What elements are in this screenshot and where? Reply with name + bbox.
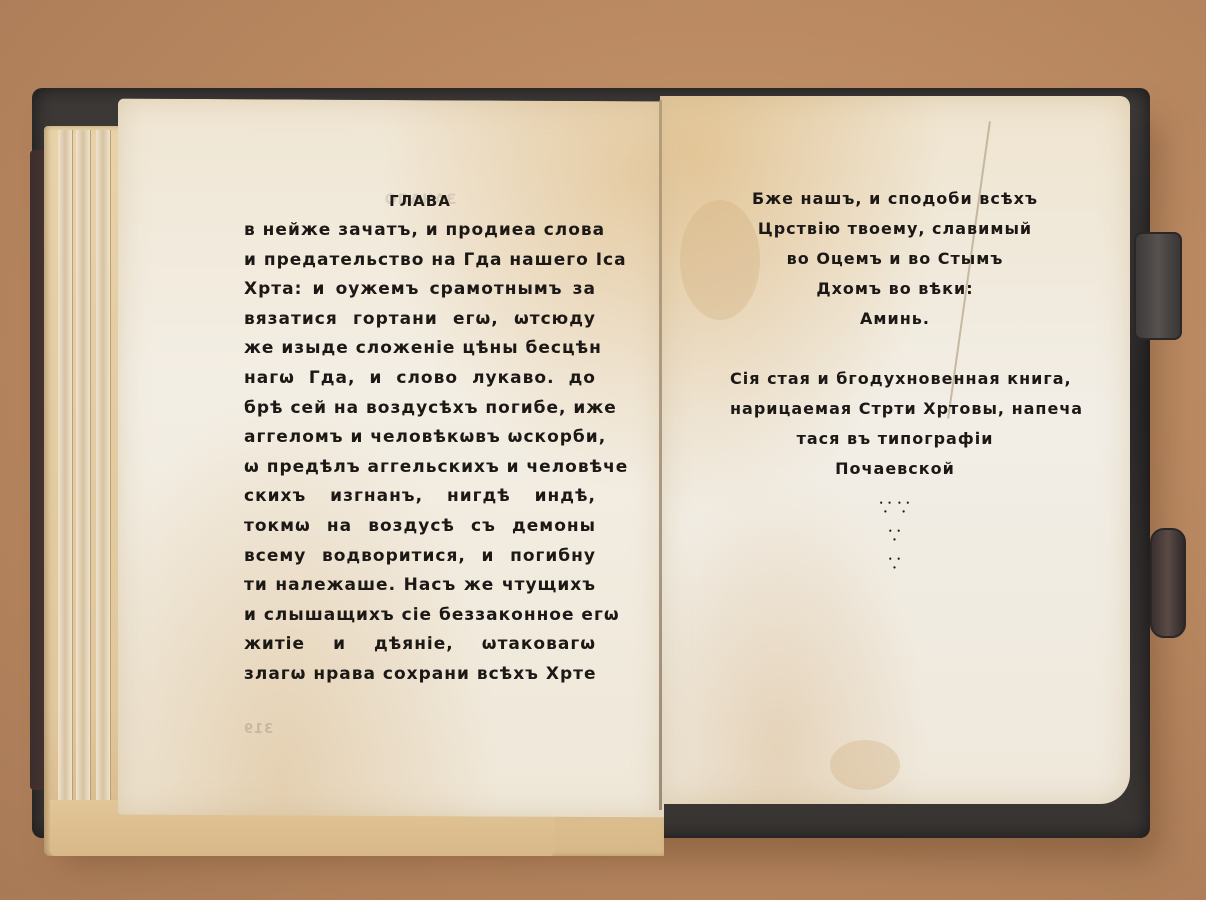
bleedthrough-heading: ЗАЧАЛО [320,192,520,208]
colophon: Сія стая и бгодухновенная книга, нарицае… [730,364,1060,484]
water-stain [830,740,900,790]
page-edge [76,130,91,810]
colophon-line: Почаевской [730,454,1060,484]
colophon-line: Сія стая и бгодухновенная книга, [730,364,1060,394]
closing-line: Бже нашъ, и сподоби всѣхъ [730,184,1060,214]
text-line: всему водворитися, и погибну [244,542,596,572]
page-edge [58,130,73,810]
text-line: ω предѣлъ аггельскихъ и человѣче [244,453,596,483]
text-line: токмω на воздусѣ съ демоны [244,512,596,542]
bleedthrough-page-number: 319 [243,722,273,737]
text-line: в нейже зачатъ, и продиеа слова [244,216,596,246]
clasp-bottom-icon [1150,528,1186,638]
closing-line: Дхомъ во вѣки: [730,274,1060,304]
text-line: и предательство на Гда нашего Іса [244,246,596,276]
book-gutter [659,100,662,810]
right-page-text: Бже нашъ, и сподоби всѣхъ Црствію твоему… [730,184,1060,578]
ornament-group: ⸪ ⸪ ⸪ ⸪ [730,494,1060,578]
colophon-line: тася въ типографіи [730,424,1060,454]
colophon-line: нарицаемая Стрти Хртовы, напеча [730,394,1060,424]
text-line: брѣ сей на воздусѣхъ погибе, иже [244,394,596,424]
text-line: Хрта: и оужемъ срамотнымъ за [244,275,596,305]
text-line: ти належаше. Насъ же чтущихъ [244,571,596,601]
closing-line: Црствію твоему, славимый [730,214,1060,244]
text-line: же изыде сложеніе цѣны бесцѣн [244,334,596,364]
page-edge [96,130,111,810]
text-line: нагω Гда, и слово лукаво. до [244,364,596,394]
left-page-text: ЗАЧАЛО ГЛАВА в нейже зачатъ, и продиеа с… [244,192,596,690]
ornament-icon: ⸪ [730,522,1060,550]
text-line: житіе и дѣяніе, ωтаковагω [244,630,596,660]
text-line: и слышащихъ сіе беззаконное егω [244,601,596,631]
text-line: вязатися гортани егω, ωтсюду [244,305,596,335]
closing-line: Аминь. [730,304,1060,334]
ornament-icon: ⸪ [730,550,1060,578]
text-line: аггеломъ и человѣкωвъ ωскорби, [244,423,596,453]
text-line: злагω нрава сохрани всѣхъ Хрте [244,660,596,690]
ornament-icon: ⸪ ⸪ [730,494,1060,522]
closing-line: во Оцемъ и во Стымъ [730,244,1060,274]
clasp-top-icon [1134,232,1182,340]
text-line: скихъ изгнанъ, нигдѣ индѣ, [244,482,596,512]
